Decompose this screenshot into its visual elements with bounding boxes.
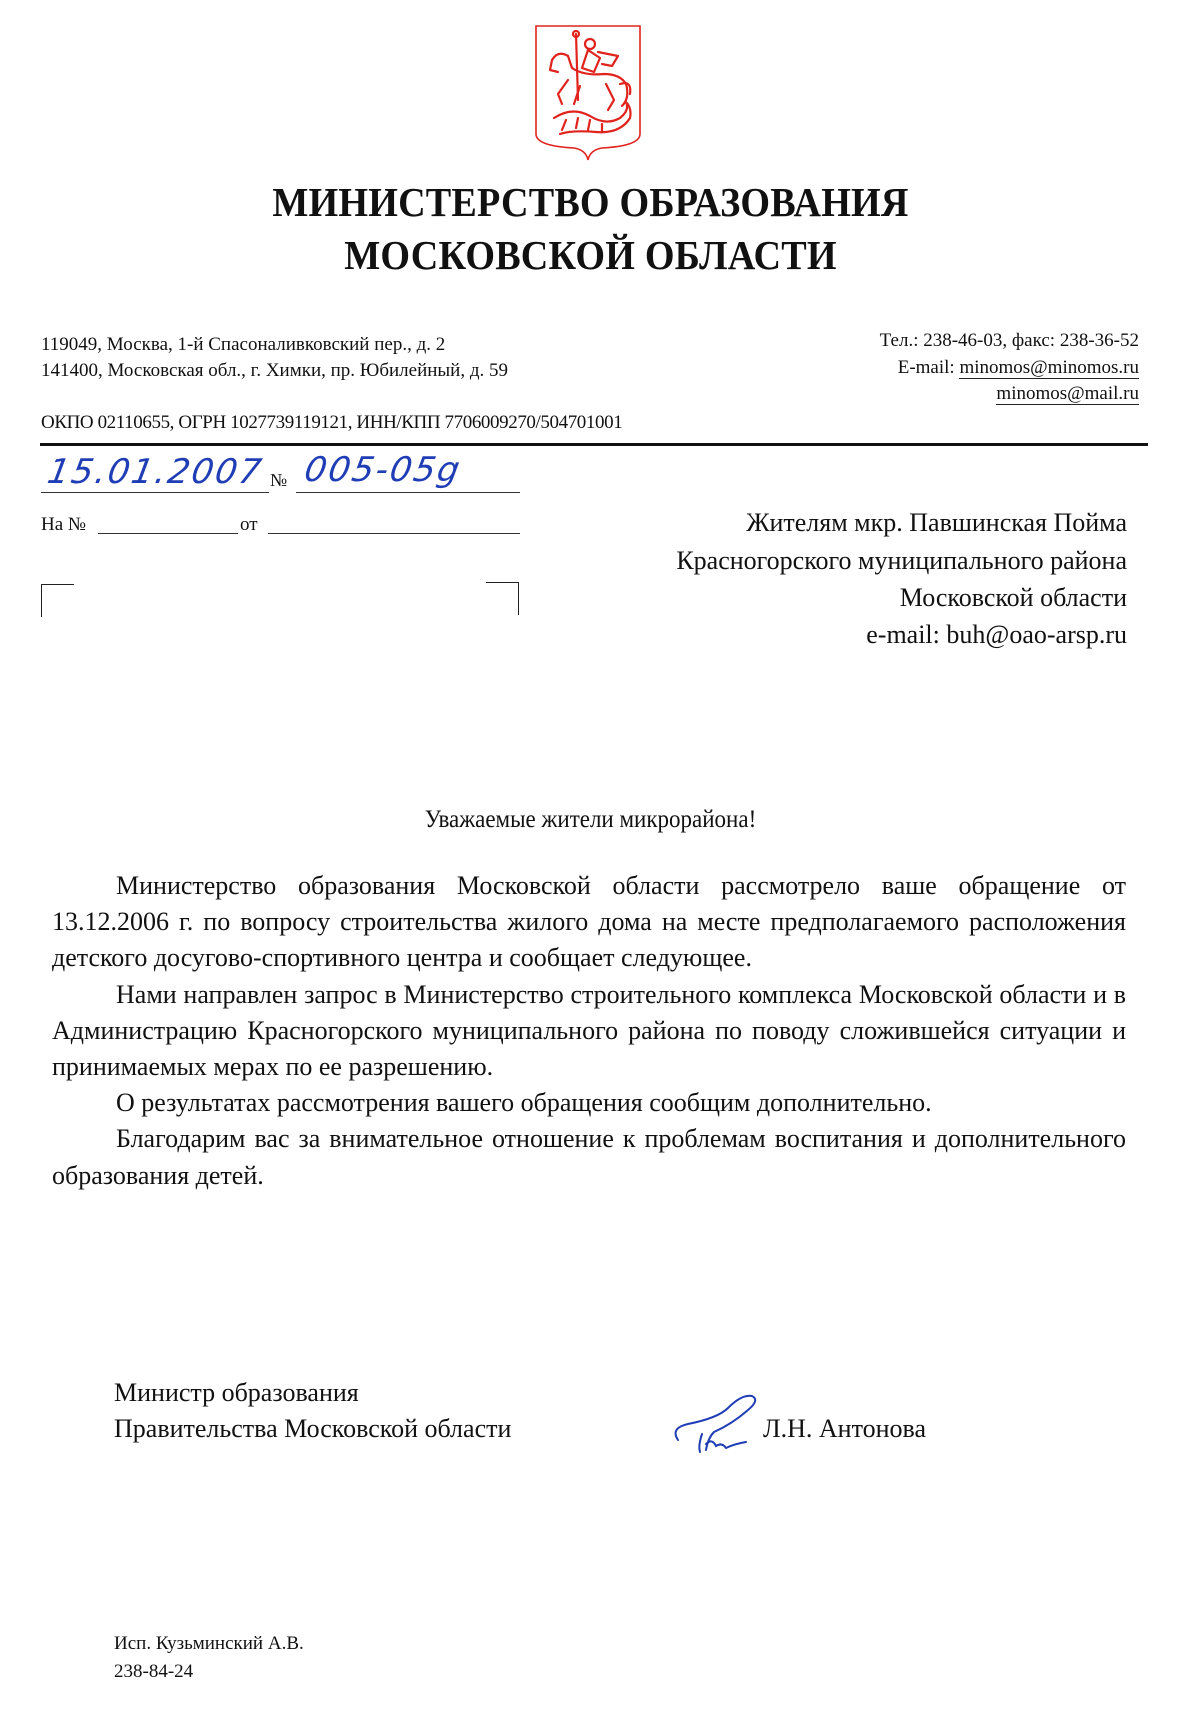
executor-name: Исп. Кузьминский А.В. bbox=[114, 1633, 304, 1655]
executor-phone: 238-84-24 bbox=[114, 1661, 193, 1683]
body-paragraph: Нами направлен запрос в Министерство стр… bbox=[52, 977, 1126, 1086]
addressee-email: e-mail: buh@oao-arsp.ru bbox=[866, 620, 1127, 650]
body-paragraph: Благодарим вас за внимательное отношение… bbox=[52, 1121, 1126, 1193]
number-sign: № bbox=[270, 470, 287, 491]
handwritten-date: 15.01.2007 bbox=[44, 452, 266, 492]
reply-number-underline bbox=[98, 533, 238, 534]
email-row-2: minomos@mail.ru bbox=[996, 383, 1139, 405]
coat-of-arms-icon bbox=[532, 22, 644, 162]
registration-codes: ОКПО 02110655, ОГРН 1027739119121, ИНН/К… bbox=[41, 412, 622, 434]
reply-to-label: На № bbox=[41, 514, 86, 536]
address-moscow: 119049, Москва, 1-й Спасоналивковский пе… bbox=[41, 334, 445, 356]
reply-date-underline bbox=[268, 533, 520, 534]
signer-position-line1: Министр образования bbox=[114, 1378, 359, 1408]
email-label: E-mail: bbox=[898, 357, 960, 378]
email-link-mail[interactable]: minomos@mail.ru bbox=[996, 384, 1139, 405]
letter-body: Министерство образования Московской обла… bbox=[52, 868, 1126, 1194]
body-paragraph: Министерство образования Московской обла… bbox=[52, 868, 1126, 977]
signer-name: Л.Н. Антонова bbox=[763, 1414, 926, 1444]
address-corner-left bbox=[41, 584, 74, 617]
signer-position-line2: Правительства Московской области bbox=[114, 1414, 511, 1444]
email-row-1: E-mail: minomos@minomos.ru bbox=[898, 357, 1139, 379]
salutation: Уважаемые жители микрорайона! bbox=[47, 806, 1134, 834]
handwritten-number: 005-05g bbox=[301, 450, 464, 490]
email-link-minomos[interactable]: minomos@minomos.ru bbox=[959, 358, 1139, 379]
phone-fax: Тел.: 238-46-03, факс: 238-36-52 bbox=[880, 330, 1139, 352]
address-corner-right bbox=[486, 582, 519, 615]
number-underline bbox=[296, 492, 520, 493]
body-paragraph: О результатах рассмотрения вашего обраще… bbox=[52, 1085, 1126, 1121]
addressee-line1: Жителям мкр. Павшинская Пойма bbox=[746, 508, 1127, 538]
header-divider bbox=[40, 443, 1148, 446]
address-khimki: 141400, Московская обл., г. Химки, пр. Ю… bbox=[41, 360, 508, 382]
addressee-line2: Красногорского муниципального района bbox=[676, 546, 1127, 576]
date-underline bbox=[41, 492, 269, 493]
ministry-title-line2: МОСКОВСКОЙ ОБЛАСТИ bbox=[41, 231, 1139, 279]
handwritten-signature-icon bbox=[668, 1388, 768, 1458]
addressee-line3: Московской области bbox=[900, 583, 1127, 613]
reply-from-label: от bbox=[240, 514, 258, 536]
ministry-title-line1: МИНИСТЕРСТВО ОБРАЗОВАНИЯ bbox=[41, 178, 1139, 226]
